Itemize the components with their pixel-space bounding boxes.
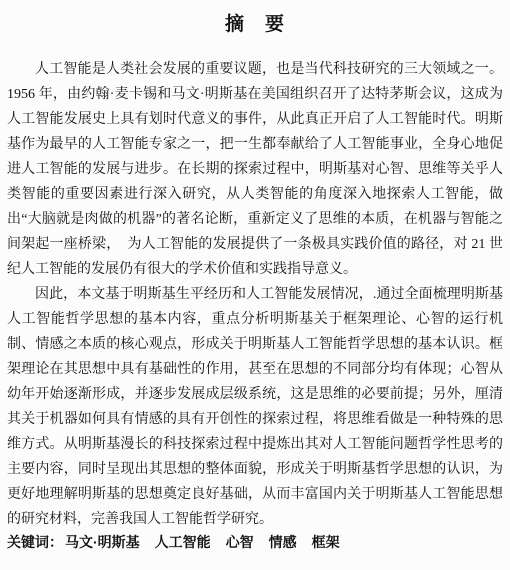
keywords-line: 关键词：马文·明斯基人工智能心智情感框架 [7, 530, 503, 555]
page-title: 摘 要 [0, 11, 510, 38]
keyword-item: 框架 [312, 534, 340, 550]
keyword-item: 情感 [269, 534, 297, 550]
abstract-paragraph-1: 人工智能是人类社会发展的重要议题，也是当代科技研究的三大领域之一。1956 年，… [7, 57, 503, 282]
abstract-paragraph-2: 因此，本文基于明斯基生平经历和人工智能发展情况，.通过全面梳理明斯基人工智能哲学… [7, 282, 503, 532]
abstract-body: 人工智能是人类社会发展的重要议题，也是当代科技研究的三大领域之一。1956 年，… [7, 57, 503, 532]
keywords-label: 关键词： [7, 534, 63, 550]
keywords-list: 马文·明斯基人工智能心智情感框架 [65, 534, 340, 550]
keyword-item: 马文·明斯基 [65, 534, 140, 550]
keyword-item: 人工智能 [155, 534, 211, 550]
abstract-page: 摘 要 人工智能是人类社会发展的重要议题，也是当代科技研究的三大领域之一。195… [0, 0, 510, 570]
keyword-item: 心智 [226, 534, 254, 550]
